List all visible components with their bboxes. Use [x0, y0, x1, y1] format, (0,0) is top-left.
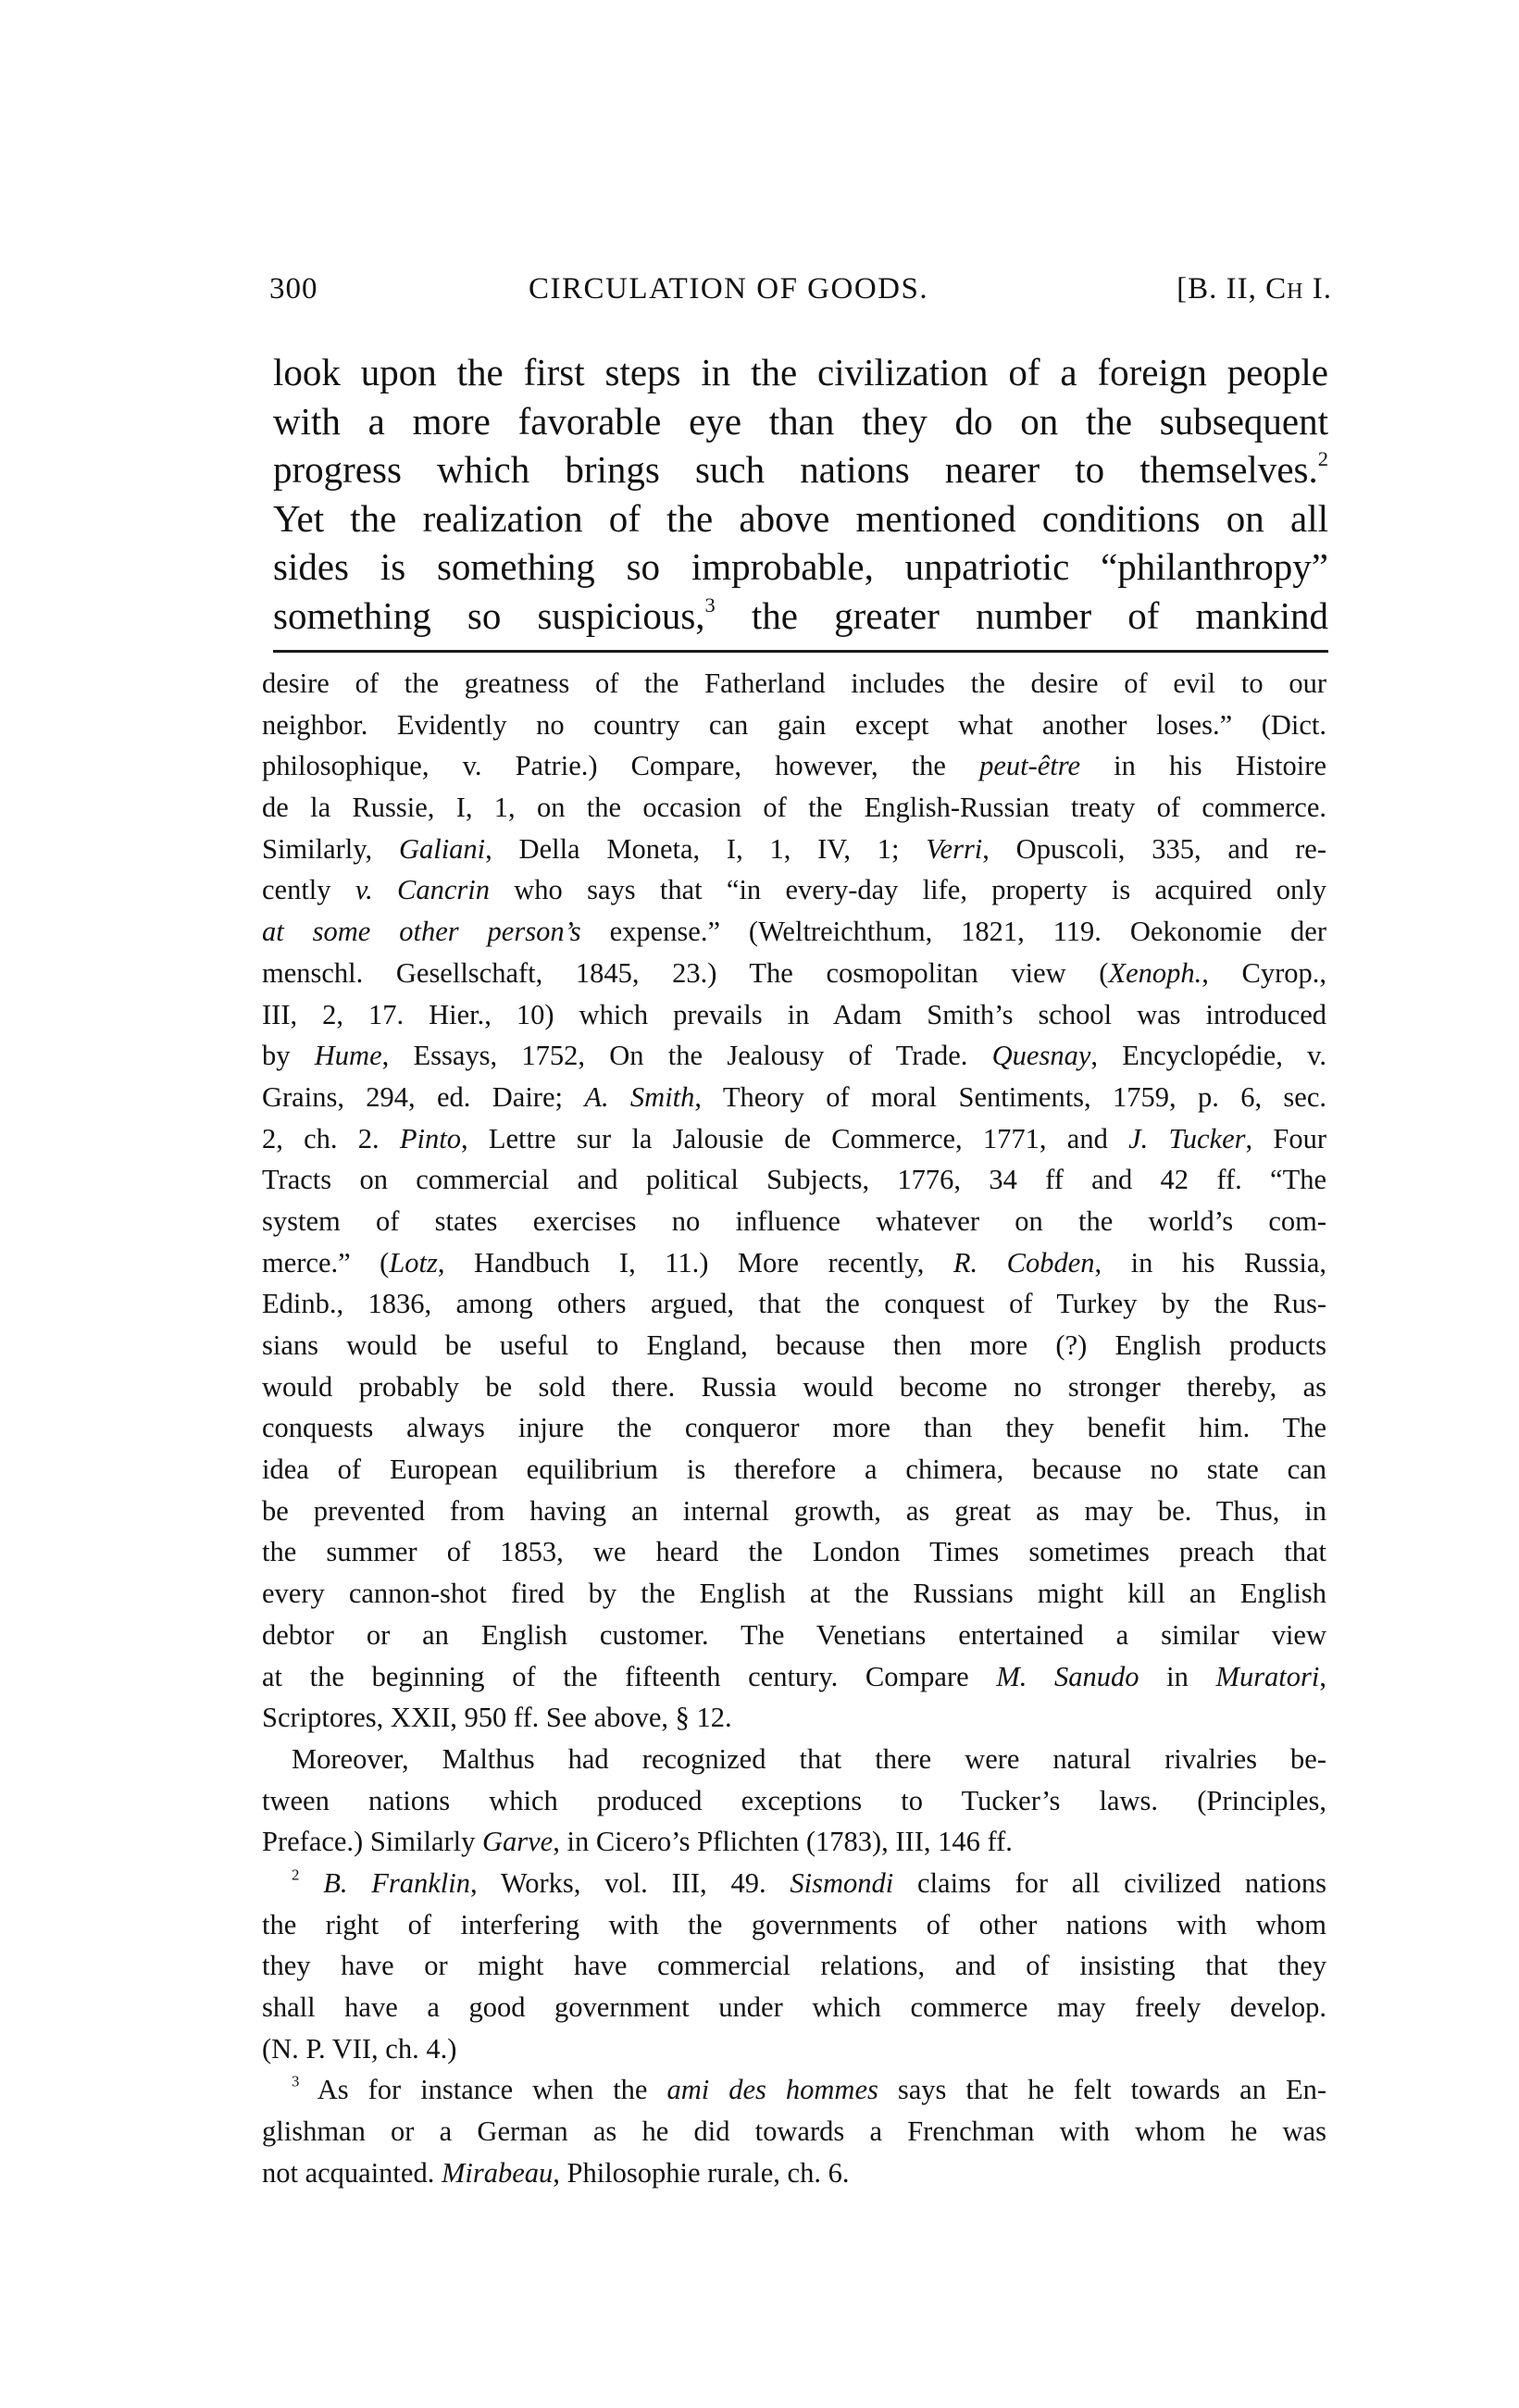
- text-run: , Works, vol. III, 49.: [470, 1867, 790, 1899]
- text-run: Edinb., 1836, among others argued, that …: [262, 1288, 1326, 1319]
- running-title: CIRCULATION OF GOODS.: [529, 266, 928, 312]
- text-run: expense.” (Weltreichthum, 1821, 119. Oek…: [581, 916, 1326, 947]
- text-run: Similarly,: [262, 833, 399, 865]
- footnote-line: would probably be sold there. Russia wou…: [262, 1366, 1326, 1408]
- book-page: 300 CIRCULATION OF GOODS. [B. II, CH I. …: [0, 0, 1519, 2408]
- footnote-line: de la Russie, I, 1, on the occasion of t…: [262, 787, 1326, 829]
- text-run: the greater number of mankind: [716, 594, 1328, 637]
- footnote-line: Scriptores, XXII, 950 ff. See above, § 1…: [262, 1697, 1326, 1739]
- footnote-line: Preface.) Similarly Garve, in Cicero’s P…: [262, 1821, 1326, 1863]
- footnote-line: not acquainted. Mirabeau, Philosophie ru…: [262, 2152, 1326, 2194]
- footnote-line: at some other person’s expense.” (Weltre…: [262, 911, 1326, 953]
- text-run: , Encyclopédie, v.: [1090, 1040, 1326, 1071]
- footnote-line: shall have a good government under which…: [262, 1987, 1326, 2028]
- text-run: would probably be sold there. Russia wou…: [262, 1371, 1326, 1403]
- text-run: at the beginning of the fifteenth centur…: [262, 1661, 996, 1692]
- italic-citation: Quesnay: [992, 1040, 1091, 1071]
- footnote-line: 2, ch. 2. Pinto, Lettre sur la Jalousie …: [262, 1118, 1326, 1160]
- section-reference-text: [B. II, C: [1177, 272, 1287, 306]
- footnote-separator-rule: [273, 650, 1328, 653]
- text-line: look upon the first steps in the civiliz…: [273, 348, 1328, 397]
- text-run: every cannon-shot fired by the English a…: [262, 1578, 1326, 1609]
- text-run: , Opuscoli, 335, and re-: [982, 833, 1326, 865]
- text-line: something so suspicious,3 the greater nu…: [273, 592, 1328, 641]
- text-run: system of states exercises no influence …: [262, 1205, 1326, 1237]
- italic-citation: R. Cobden: [953, 1247, 1095, 1279]
- text-run: shall have a good government under which…: [262, 1991, 1326, 2023]
- footnote-line: sians would be useful to England, becaus…: [262, 1325, 1326, 1366]
- footnote-line: cently v. Cancrin who says that “in ever…: [262, 869, 1326, 911]
- section-reference-end: I.: [1304, 272, 1333, 306]
- text-run: desire of the greatness of the Fatherlan…: [262, 668, 1326, 699]
- text-run: claims for all civilized nations: [893, 1867, 1326, 1899]
- footnotes-block: desire of the greatness of the Fatherlan…: [262, 663, 1326, 2193]
- text-run: Grains, 294, ed. Daire;: [262, 1081, 584, 1113]
- footnote-line: III, 2, 17. Hier., 10) which prevails in…: [262, 994, 1326, 1036]
- text-run: , Cyrop.,: [1202, 957, 1326, 989]
- section-reference-smallcaps: H: [1287, 280, 1303, 304]
- italic-citation: Xenoph.: [1108, 957, 1202, 989]
- footnote-line: merce.” (Lotz, Handbuch I, 11.) More rec…: [262, 1242, 1326, 1284]
- text-run: with a more favorable eye than they do o…: [273, 400, 1328, 443]
- footnote-line: Similarly, Galiani, Della Moneta, I, 1, …: [262, 829, 1326, 870]
- footnote-line: the summer of 1853, we heard the London …: [262, 1531, 1326, 1573]
- italic-citation: v. Cancrin: [355, 874, 490, 905]
- italic-citation: M. Sanudo: [996, 1661, 1139, 1692]
- footnote-line: conquests always injure the conqueror mo…: [262, 1407, 1326, 1449]
- italic-citation: at some other person’s: [262, 916, 581, 947]
- italic-citation: Muratori: [1216, 1661, 1320, 1692]
- text-run: , Lettre sur la Jalousie de Commerce, 17…: [461, 1123, 1128, 1154]
- text-run: 2, ch. 2.: [262, 1123, 400, 1154]
- italic-citation: ami des hommes: [666, 2074, 878, 2105]
- text-run: philosophique, v. Patrie.) Compare, howe…: [262, 750, 979, 781]
- italic-citation: B. Franklin: [323, 1867, 470, 1899]
- text-run: de la Russie, I, 1, on the occasion of t…: [262, 792, 1326, 823]
- text-run: be prevented from having an internal gro…: [262, 1495, 1326, 1527]
- text-run: glishman or a German as he did towards a…: [262, 2115, 1326, 2147]
- italic-citation: Mirabeau: [442, 2157, 553, 2189]
- footnote-line: Tracts on commercial and political Subje…: [262, 1159, 1326, 1201]
- footnote-line: glishman or a German as he did towards a…: [262, 2111, 1326, 2152]
- italic-citation: Galiani: [399, 833, 485, 865]
- text-line: Yet the realization of the above mention…: [273, 494, 1328, 543]
- footnote-line: 3 As for instance when the ami des homme…: [262, 2069, 1326, 2111]
- footnote-marker: 3: [705, 593, 716, 617]
- text-run: Moreover, Malthus had recognized that th…: [292, 1743, 1326, 1775]
- footnote-line: every cannon-shot fired by the English a…: [262, 1573, 1326, 1615]
- footnote-line: idea of European equilibrium is therefor…: [262, 1449, 1326, 1491]
- footnote-line: philosophique, v. Patrie.) Compare, howe…: [262, 745, 1326, 787]
- footnote-line: be prevented from having an internal gro…: [262, 1491, 1326, 1532]
- text-run: sians would be useful to England, becaus…: [262, 1329, 1326, 1361]
- footnote-line: desire of the greatness of the Fatherlan…: [262, 663, 1326, 705]
- footnote-line: Grains, 294, ed. Daire; A. Smith, Theory…: [262, 1077, 1326, 1118]
- text-run: idea of European equilibrium is therefor…: [262, 1454, 1326, 1485]
- text-run: they have or might have commercial relat…: [262, 1950, 1326, 1981]
- footnote-line: at the beginning of the fifteenth centur…: [262, 1656, 1326, 1698]
- text-run: , Four: [1246, 1123, 1327, 1154]
- footnote-line: the right of interfering with the govern…: [262, 1904, 1326, 1946]
- footnote-marker: 2: [1318, 447, 1328, 470]
- text-run: tween nations which produced exceptions …: [262, 1785, 1326, 1816]
- text-run: says that he felt towards an En-: [878, 2074, 1326, 2105]
- text-run: , Theory of moral Sentiments, 1759, p. 6…: [694, 1081, 1326, 1113]
- italic-citation: Sismondi: [790, 1867, 893, 1899]
- footnote-line: tween nations which produced exceptions …: [262, 1780, 1326, 1822]
- text-run: conquests always injure the conqueror mo…: [262, 1412, 1326, 1443]
- text-run: ,: [1319, 1661, 1326, 1692]
- text-run: debtor or an English customer. The Venet…: [262, 1619, 1326, 1651]
- text-run: , Philosophie rurale, ch. 6.: [553, 2157, 849, 2189]
- text-line: sides is something so improbable, unpatr…: [273, 543, 1328, 592]
- text-run: cently: [262, 874, 355, 905]
- italic-citation: peut-être: [979, 750, 1080, 781]
- text-run: look upon the first steps in the civiliz…: [273, 351, 1328, 393]
- footnote-line: system of states exercises no influence …: [262, 1201, 1326, 1242]
- text-run: in his Histoire: [1080, 750, 1326, 781]
- text-run: Yet the realization of the above mention…: [273, 497, 1328, 540]
- text-run: , Handbuch I, 11.) More recently,: [438, 1247, 953, 1279]
- text-run: menschl. Gesellschaft, 1845, 23.) The co…: [262, 957, 1108, 989]
- text-run: III, 2, 17. Hier., 10) which prevails in…: [262, 999, 1326, 1030]
- text-run: in: [1139, 1661, 1216, 1692]
- footnote-line: Moreover, Malthus had recognized that th…: [262, 1739, 1326, 1780]
- text-run: progress which brings such nations neare…: [273, 448, 1318, 491]
- main-text-paragraph: look upon the first steps in the civiliz…: [273, 348, 1328, 641]
- text-run: Tracts on commercial and political Subje…: [262, 1164, 1326, 1195]
- text-run: the right of interfering with the govern…: [262, 1909, 1326, 1940]
- text-run: Preface.) Similarly: [262, 1826, 482, 1857]
- text-line: with a more favorable eye than they do o…: [273, 397, 1328, 446]
- page-number: 300: [269, 266, 318, 312]
- text-run: As for instance when the: [299, 2074, 666, 2105]
- text-run: , Della Moneta, I, 1, IV, 1;: [485, 833, 926, 865]
- italic-citation: Garve: [482, 1826, 553, 1857]
- text-run: , Essays, 1752, On the Jealousy of Trade…: [382, 1040, 992, 1071]
- text-run: the summer of 1853, we heard the London …: [262, 1536, 1326, 1567]
- text-run: merce.” (: [262, 1247, 389, 1279]
- text-run: Scriptores, XXII, 950 ff. See above, § 1…: [262, 1702, 732, 1733]
- italic-citation: Hume: [315, 1040, 382, 1071]
- text-run: sides is something so improbable, unpatr…: [273, 545, 1328, 588]
- text-run: [299, 1867, 323, 1899]
- italic-citation: Lotz: [389, 1247, 438, 1279]
- italic-citation: Pinto: [400, 1123, 461, 1154]
- text-run: neighbor. Evidently no country can gain …: [262, 709, 1326, 741]
- text-run: , in his Russia,: [1095, 1247, 1326, 1279]
- text-run: , in Cicero’s Pflichten (1783), III, 146…: [553, 1826, 1013, 1857]
- footnote-line: menschl. Gesellschaft, 1845, 23.) The co…: [262, 953, 1326, 994]
- italic-citation: Verri: [926, 833, 982, 865]
- running-head: 300 CIRCULATION OF GOODS. [B. II, CH I.: [269, 266, 1332, 312]
- text-run: by: [262, 1040, 315, 1071]
- footnote-line: 2 B. Franklin, Works, vol. III, 49. Sism…: [262, 1863, 1326, 1904]
- text-run: not acquainted.: [262, 2157, 442, 2189]
- italic-citation: J. Tucker: [1128, 1123, 1245, 1154]
- footnote-line: debtor or an English customer. The Venet…: [262, 1615, 1326, 1656]
- footnote-line: neighbor. Evidently no country can gain …: [262, 705, 1326, 746]
- italic-citation: A. Smith: [584, 1081, 694, 1113]
- text-line: progress which brings such nations neare…: [273, 445, 1328, 494]
- text-run: who says that “in every-day life, proper…: [490, 874, 1326, 905]
- footnote-line: they have or might have commercial relat…: [262, 1945, 1326, 1987]
- footnote-line: (N. P. VII, ch. 4.): [262, 2028, 1326, 2070]
- text-run: (N. P. VII, ch. 4.): [262, 2033, 456, 2065]
- footnote-line: Edinb., 1836, among others argued, that …: [262, 1283, 1326, 1325]
- section-reference: [B. II, CH I.: [1177, 266, 1332, 315]
- text-run: something so suspicious,: [273, 594, 705, 637]
- footnote-line: by Hume, Essays, 1752, On the Jealousy o…: [262, 1035, 1326, 1077]
